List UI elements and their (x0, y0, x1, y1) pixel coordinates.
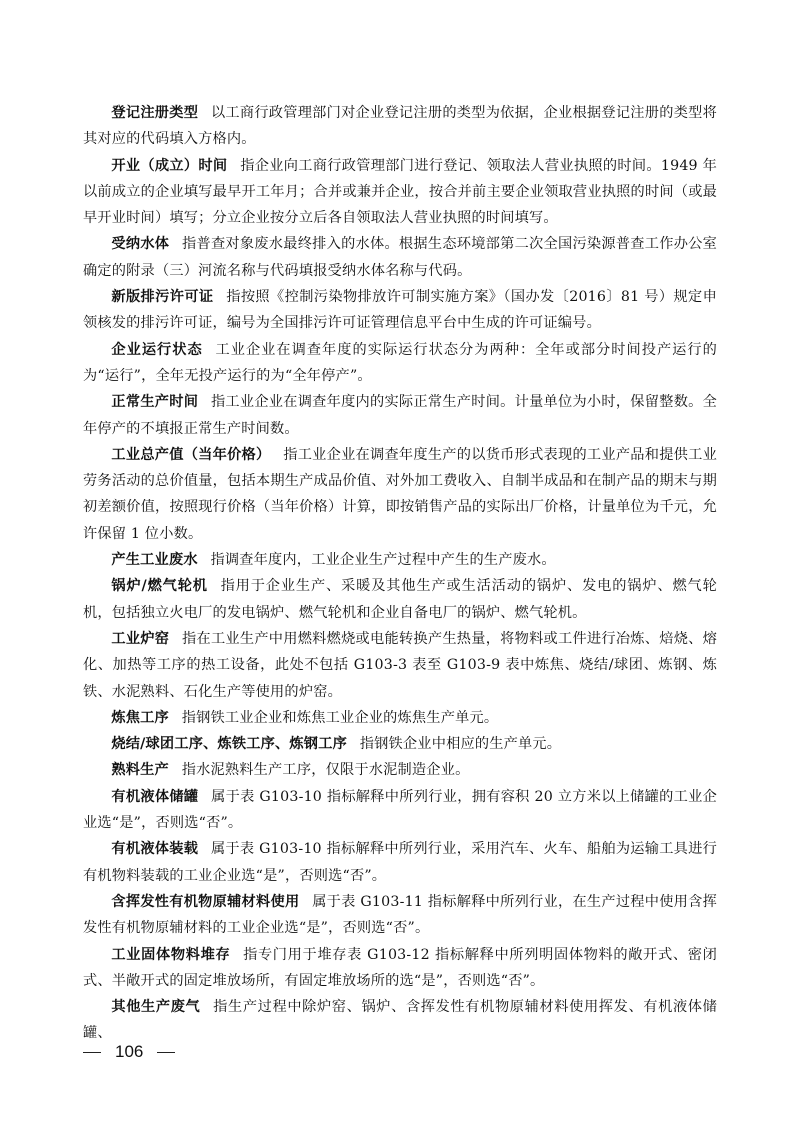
definition-entry: 工业炉窑指在工业生产中用燃料燃烧或电能转换产生热量，将物料或工件进行冶炼、焙烧、… (83, 626, 717, 705)
definition-term: 其他生产废气 (111, 999, 200, 1015)
definition-term: 工业总产值（当年价格） (111, 447, 270, 463)
definition-text: 指调查年度内，工业企业生产过程中产生的生产废水。 (210, 552, 555, 568)
definition-text: 指普查对象废水最终排入的水体。根据生态环境部第二次全国污染源普查工作办公室确定的… (83, 236, 717, 278)
page-footer: 106 (83, 1042, 175, 1062)
definition-entry: 企业运行状态工业企业在调查年度的实际运行状态分为两种：全年或部分时间投产运行的为… (83, 337, 717, 390)
definition-term: 产生工业废水 (111, 552, 197, 568)
definition-term: 工业炉窑 (111, 631, 169, 647)
definition-entry: 烧结/球团工序、炼铁工序、炼钢工序指钢铁企业中相应的生产单元。 (83, 731, 717, 757)
definition-term: 锅炉/燃气轮机 (111, 578, 207, 594)
footer-dash-right (157, 1052, 175, 1053)
page-number: 106 (115, 1042, 143, 1062)
definition-term: 受纳水体 (111, 236, 169, 252)
definition-entry: 登记注册类型以工商行政管理部门对企业登记注册的类型为依据，企业根据登记注册的类型… (83, 100, 717, 153)
definition-term: 企业运行状态 (111, 342, 202, 358)
definition-term: 新版排污许可证 (111, 289, 213, 305)
document-body: 登记注册类型以工商行政管理部门对企业登记注册的类型为依据，企业根据登记注册的类型… (83, 100, 717, 1047)
definition-entry: 新版排污许可证指按照《控制污染物排放许可制实施方案》（国办发〔2016〕81 号… (83, 284, 717, 337)
definition-entry: 锅炉/燃气轮机指用于企业生产、采暖及其他生产或生活活动的锅炉、发电的锅炉、燃气轮… (83, 573, 717, 626)
definition-term: 正常生产时间 (111, 394, 198, 410)
definition-term: 含挥发性有机物原辅材料使用 (111, 894, 299, 910)
definition-term: 登记注册类型 (111, 105, 198, 121)
definition-entry: 含挥发性有机物原辅材料使用属于表 G103-11 指标解释中所列行业，在生产过程… (83, 889, 717, 942)
definition-term: 开业（成立）时间 (111, 158, 227, 174)
definition-term: 工业固体物料堆存 (111, 947, 230, 963)
definition-term: 有机液体装载 (111, 841, 198, 857)
definition-term: 有机液体储罐 (111, 789, 198, 805)
footer-dash-left (83, 1052, 101, 1053)
definition-entry: 有机液体储罐属于表 G103-10 指标解释中所列行业，拥有容积 20 立方米以… (83, 784, 717, 837)
definition-term: 炼焦工序 (111, 710, 169, 726)
definition-entry: 其他生产废气指生产过程中除炉窑、锅炉、含挥发性有机物原辅材料使用挥发、有机液体储… (83, 994, 717, 1047)
definition-entry: 产生工业废水指调查年度内，工业企业生产过程中产生的生产废水。 (83, 547, 717, 573)
definition-entry: 正常生产时间指工业企业在调查年度内的实际正常生产时间。计量单位为小时，保留整数。… (83, 389, 717, 442)
definition-term: 熟料生产 (111, 762, 169, 778)
definition-text: 指水泥熟料生产工序，仅限于水泥制造企业。 (182, 762, 470, 778)
definition-entry: 工业总产值（当年价格）指工业企业在调查年度生产的以货币形式表现的工业产品和提供工… (83, 442, 717, 547)
definition-entry: 开业（成立）时间指企业向工商行政管理部门进行登记、领取法人营业执照的时间。194… (83, 153, 717, 232)
definition-entry: 熟料生产指水泥熟料生产工序，仅限于水泥制造企业。 (83, 757, 717, 783)
definition-entry: 有机液体装载属于表 G103-10 指标解释中所列行业，采用汽车、火车、船舶为运… (83, 836, 717, 889)
definition-term: 烧结/球团工序、炼铁工序、炼钢工序 (111, 736, 347, 752)
definition-entry: 工业固体物料堆存指专门用于堆存表 G103-12 指标解释中所列明固体物料的敞开… (83, 942, 717, 995)
definition-text: 指钢铁企业中相应的生产单元。 (360, 736, 561, 752)
definition-entry: 炼焦工序指钢铁工业企业和炼焦工业企业的炼焦生产单元。 (83, 705, 717, 731)
definition-text: 指钢铁工业企业和炼焦工业企业的炼焦生产单元。 (182, 710, 499, 726)
definition-entry: 受纳水体指普查对象废水最终排入的水体。根据生态环境部第二次全国污染源普查工作办公… (83, 231, 717, 284)
definition-text: 指在工业生产中用燃料燃烧或电能转换产生热量，将物料或工件进行冶炼、焙烧、熔化、加… (83, 631, 717, 700)
